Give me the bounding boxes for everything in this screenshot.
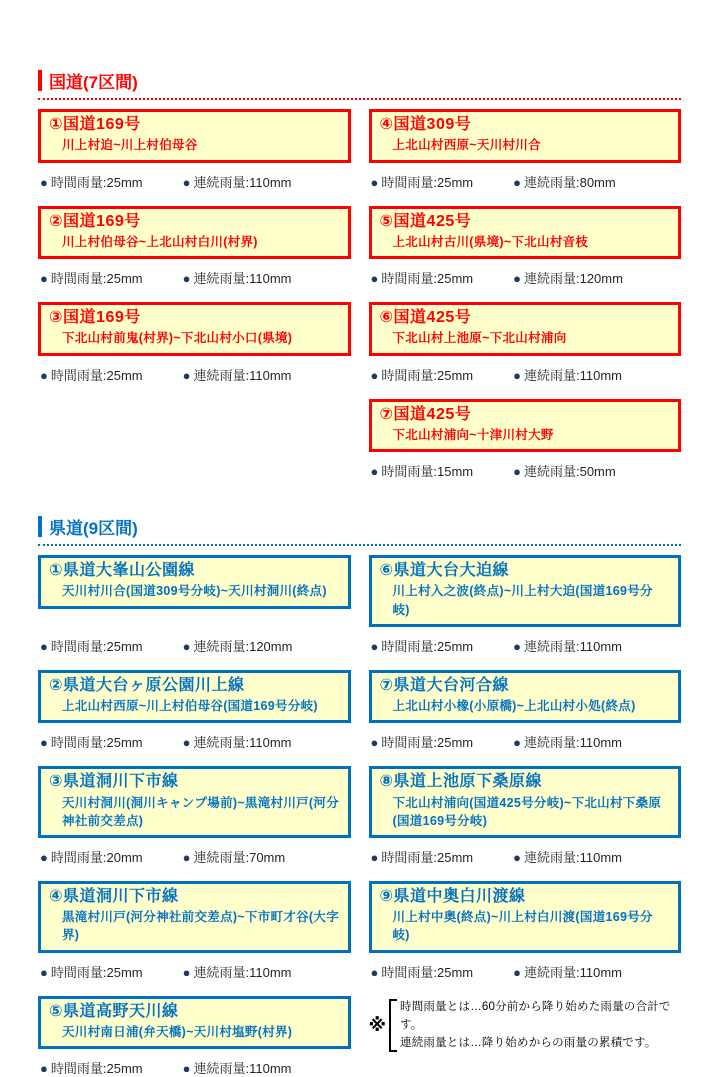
road-route: 天川村川合(国道309号分岐)~天川村洞川(終点) [49,582,340,600]
continuous-value: 110mm [580,368,622,383]
road-name: ③県道洞川下市線 [49,771,340,793]
hourly-value: 25mm [106,271,142,286]
hourly-value: 20mm [106,850,142,865]
note-text: 時間雨量とは…60分前から降り始めた雨量の合計です。連続雨量とは…降り始めからの… [400,998,681,1053]
continuous-label: 連続雨量: [524,850,580,865]
hourly-value: 15mm [437,464,473,479]
road-name: ⑤国道425号 [380,211,671,233]
road-cell: ⑥国道425号下北山村上池原~下北山村浦向●時間雨量:25mm●連続雨量:110… [369,302,682,384]
road-box: ⑦県道大台河合線上北山村小橡(小原橋)~上北山村小処(終点) [369,670,682,724]
hourly-label: 時間雨量: [51,368,107,383]
road-row: ④県道洞川下市線黒滝村川戸(河分神社前交差点)~下市町才谷(大字界)●時間雨量:… [38,881,681,981]
hourly-value: 25mm [437,368,473,383]
road-route: 下北山村前鬼(村界)~下北山村小口(県境) [49,329,340,347]
continuous-value: 120mm [580,271,623,286]
road-name: ⑥国道425号 [380,307,671,329]
hourly-label: 時間雨量: [51,965,107,980]
road-name: ⑧県道上池原下桑原線 [380,771,671,793]
bullet-icon: ● [183,175,191,190]
hourly-label: 時間雨量: [51,735,107,750]
rainfall-thresholds: ●時間雨量:25mm●連続雨量:110mm [38,259,351,287]
bullet-icon: ● [183,735,191,750]
bullet-icon: ● [513,271,521,286]
road-box: ⑨県道中奥白川渡線川上村中奥(終点)~川上村白川渡(国道169号分岐) [369,881,682,953]
continuous-rainfall: ●連続雨量:110mm [183,962,292,981]
bullet-icon: ● [183,368,191,383]
bullet-icon: ● [40,175,48,190]
rainfall-thresholds: ●時間雨量:25mm●連続雨量:120mm [369,259,682,287]
bullet-icon: ● [371,965,379,980]
bullet-icon: ● [513,368,521,383]
road-route: 川上村入之波(終点)~川上村大迫(国道169号分岐) [380,582,671,618]
bullet-icon: ● [40,639,48,654]
bullet-icon: ● [513,965,521,980]
rainfall-thresholds: ●時間雨量:25mm●連続雨量:110mm [38,356,351,384]
continuous-value: 110mm [580,639,622,654]
rainfall-thresholds: ●時間雨量:25mm●連続雨量:110mm [369,627,682,655]
road-row: ③国道169号下北山村前鬼(村界)~下北山村小口(県境)●時間雨量:25mm●連… [38,302,681,384]
road-route: 下北山村浦向(国道425号分岐)~下北山村下桑原(国道169号分岐) [380,794,671,830]
rainfall-thresholds: ●時間雨量:25mm●連続雨量:110mm [369,723,682,751]
road-name: ⑤県道高野天川線 [49,1001,340,1023]
bullet-icon: ● [371,271,379,286]
road-name: ②県道大台ヶ原公園川上線 [49,675,340,697]
road-cell: ③国道169号下北山村前鬼(村界)~下北山村小口(県境)●時間雨量:25mm●連… [38,302,351,384]
road-box: ⑧県道上池原下桑原線下北山村浦向(国道425号分岐)~下北山村下桑原(国道169… [369,766,682,838]
continuous-value: 110mm [249,1061,291,1076]
bullet-icon: ● [371,175,379,190]
hourly-rainfall: ●時間雨量:25mm [371,172,474,191]
rainfall-thresholds: ●時間雨量:25mm●連続雨量:120mm [38,627,351,655]
hourly-rainfall: ●時間雨量:25mm [371,365,474,384]
road-box: ②県道大台ヶ原公園川上線上北山村西原~川上村伯母谷(国道169号分岐) [38,670,351,724]
continuous-label: 連続雨量: [524,965,580,980]
section-header: 国道(7区間) [38,68,681,100]
continuous-value: 110mm [249,175,291,190]
road-route: 川上村伯母谷~上北山村白川(村界) [49,233,340,251]
road-row: ⑤県道高野天川線天川村南日浦(弁天橋)~天川村塩野(村界)●時間雨量:25mm●… [38,996,681,1077]
road-route: 天川村南日浦(弁天橋)~天川村塩野(村界) [49,1023,340,1041]
rainfall-thresholds: ●時間雨量:25mm●連続雨量:110mm [38,163,351,191]
continuous-value: 110mm [249,965,291,980]
continuous-label: 連続雨量: [193,271,249,286]
continuous-label: 連続雨量: [524,271,580,286]
note-bracket [389,999,397,1052]
hourly-rainfall: ●時間雨量:25mm [371,268,474,287]
continuous-value: 120mm [249,639,292,654]
road-route: 上北山村小橡(小原橋)~上北山村小処(終点) [380,697,671,715]
hourly-rainfall: ●時間雨量:25mm [40,268,143,287]
continuous-value: 70mm [249,850,285,865]
bullet-icon: ● [513,850,521,865]
rainfall-thresholds: ●時間雨量:25mm●連続雨量:110mm [369,838,682,866]
road-route: 上北山村西原~川上村伯母谷(国道169号分岐) [49,697,340,715]
continuous-label: 連続雨量: [193,175,249,190]
hourly-label: 時間雨量: [381,175,437,190]
continuous-label: 連続雨量: [524,368,580,383]
hourly-label: 時間雨量: [381,639,437,654]
continuous-value: 110mm [249,271,291,286]
continuous-value: 110mm [249,368,291,383]
continuous-rainfall: ●連続雨量:110mm [513,732,622,751]
hourly-label: 時間雨量: [51,1061,107,1076]
road-box: ⑦国道425号下北山村浦向~十津川村大野 [369,399,682,453]
section-header: 県道(9区間) [38,514,681,546]
bullet-icon: ● [40,965,48,980]
hourly-value: 25mm [437,965,473,980]
continuous-label: 連続雨量: [524,639,580,654]
hourly-label: 時間雨量: [381,735,437,750]
continuous-value: 110mm [580,735,622,750]
continuous-label: 連続雨量: [193,368,249,383]
continuous-rainfall: ●連続雨量:110mm [183,732,292,751]
hourly-label: 時間雨量: [381,271,437,286]
bullet-icon: ● [40,368,48,383]
continuous-value: 50mm [580,464,616,479]
hourly-rainfall: ●時間雨量:25mm [40,172,143,191]
continuous-value: 110mm [249,735,291,750]
road-cell: ⑧県道上池原下桑原線下北山村浦向(国道425号分岐)~下北山村下桑原(国道169… [369,766,682,866]
rainfall-thresholds: ●時間雨量:25mm●連続雨量:80mm [369,163,682,191]
section-accent-bar [38,516,42,537]
hourly-rainfall: ●時間雨量:25mm [371,847,474,866]
continuous-label: 連続雨量: [193,639,249,654]
road-box: ②国道169号川上村伯母谷~上北山村白川(村界) [38,206,351,260]
continuous-label: 連続雨量: [524,175,580,190]
road-cell: ③県道洞川下市線天川村洞川(洞川キャンプ場前)~黒滝村川戸(河分神社前交差点)●… [38,766,351,866]
road-name: ②国道169号 [49,211,340,233]
bullet-icon: ● [371,850,379,865]
hourly-rainfall: ●時間雨量:25mm [371,962,474,981]
bullet-icon: ● [40,850,48,865]
continuous-label: 連続雨量: [193,1061,249,1076]
road-row: ①県道大峯山公園線天川村川合(国道309号分岐)~天川村洞川(終点)●時間雨量:… [38,555,681,655]
hourly-rainfall: ●時間雨量:15mm [371,461,474,480]
road-box: ①県道大峯山公園線天川村川合(国道309号分岐)~天川村洞川(終点) [38,555,351,609]
hourly-value: 25mm [437,639,473,654]
hourly-value: 25mm [437,735,473,750]
continuous-label: 連続雨量: [193,965,249,980]
hourly-rainfall: ●時間雨量:25mm [40,732,143,751]
hourly-rainfall: ●時間雨量:25mm [371,732,474,751]
rainfall-thresholds: ●時間雨量:20mm●連続雨量:70mm [38,838,351,866]
continuous-rainfall: ●連続雨量:110mm [513,847,622,866]
continuous-rainfall: ●連続雨量:110mm [513,636,622,655]
road-cell: ⑤県道高野天川線天川村南日浦(弁天橋)~天川村塩野(村界)●時間雨量:25mm●… [38,996,351,1077]
bullet-icon: ● [513,464,521,479]
continuous-rainfall: ●連続雨量:70mm [183,847,286,866]
continuous-label: 連続雨量: [524,735,580,750]
hourly-value: 25mm [106,965,142,980]
continuous-rainfall: ●連続雨量:80mm [513,172,616,191]
road-box: ③国道169号下北山村前鬼(村界)~下北山村小口(県境) [38,302,351,356]
road-row: ⑦国道425号下北山村浦向~十津川村大野●時間雨量:15mm●連続雨量:50mm [38,399,681,481]
hourly-label: 時間雨量: [381,850,437,865]
hourly-value: 25mm [437,850,473,865]
road-box: ⑥県道大台大迫線川上村入之波(終点)~川上村大迫(国道169号分岐) [369,555,682,627]
road-name: ①国道169号 [49,114,340,136]
hourly-value: 25mm [106,639,142,654]
continuous-rainfall: ●連続雨量:120mm [513,268,623,287]
rainfall-thresholds: ●時間雨量:25mm●連続雨量:110mm [38,723,351,751]
note-asterisk: ※ [369,1015,387,1036]
note-line-hourly: 時間雨量とは…60分前から降り始めた雨量の合計です。 [400,998,681,1035]
section-title: 県道(9区間) [49,514,138,539]
section-national-routes: 国道(7区間)①国道169号川上村迫~川上村伯母谷●時間雨量:25mm●連続雨量… [38,68,681,480]
road-route: 川上村中奥(終点)~川上村白川渡(国道169号分岐) [380,908,671,944]
road-row: ②県道大台ヶ原公園川上線上北山村西原~川上村伯母谷(国道169号分岐)●時間雨量… [38,670,681,752]
continuous-label: 連続雨量: [193,735,249,750]
continuous-rainfall: ●連続雨量:50mm [513,461,616,480]
road-box: ④国道309号上北山村西原~天川村川合 [369,109,682,163]
road-row: ③県道洞川下市線天川村洞川(洞川キャンプ場前)~黒滝村川戸(河分神社前交差点)●… [38,766,681,866]
road-cell: ④国道309号上北山村西原~天川村川合●時間雨量:25mm●連続雨量:80mm [369,109,682,191]
bullet-icon: ● [183,965,191,980]
road-cell: ⑤国道425号上北山村古川(県境)~下北山村音枝●時間雨量:25mm●連続雨量:… [369,206,682,288]
road-route: 川上村迫~川上村伯母谷 [49,136,340,154]
road-route: 天川村洞川(洞川キャンプ場前)~黒滝村川戸(河分神社前交差点) [49,794,340,830]
road-name: ⑦県道大台河合線 [380,675,671,697]
road-route: 下北山村上池原~下北山村浦向 [380,329,671,347]
hourly-value: 25mm [437,175,473,190]
hourly-value: 25mm [106,735,142,750]
bullet-icon: ● [183,639,191,654]
road-box: ①国道169号川上村迫~川上村伯母谷 [38,109,351,163]
section-accent-bar [38,70,42,91]
bullet-icon: ● [371,368,379,383]
continuous-value: 110mm [580,965,622,980]
road-cell: ②県道大台ヶ原公園川上線上北山村西原~川上村伯母谷(国道169号分岐)●時間雨量… [38,670,351,752]
continuous-rainfall: ●連続雨量:110mm [513,365,622,384]
section-title: 国道(7区間) [49,68,138,93]
bullet-icon: ● [513,175,521,190]
hourly-rainfall: ●時間雨量:20mm [40,847,143,866]
empty-cell [38,399,351,481]
road-cell: ②国道169号川上村伯母谷~上北山村白川(村界)●時間雨量:25mm●連続雨量:… [38,206,351,288]
continuous-value: 110mm [580,850,622,865]
rainfall-thresholds: ●時間雨量:25mm●連続雨量:110mm [38,953,351,981]
road-route: 上北山村西原~天川村川合 [380,136,671,154]
hourly-rainfall: ●時間雨量:25mm [40,1058,143,1077]
road-name: ④国道309号 [380,114,671,136]
road-box: ⑥国道425号下北山村上池原~下北山村浦向 [369,302,682,356]
continuous-label: 連続雨量: [524,464,580,479]
bullet-icon: ● [513,735,521,750]
hourly-label: 時間雨量: [381,965,437,980]
hourly-rainfall: ●時間雨量:25mm [371,636,474,655]
hourly-label: 時間雨量: [51,639,107,654]
road-route: 上北山村古川(県境)~下北山村音枝 [380,233,671,251]
continuous-value: 80mm [580,175,616,190]
continuous-rainfall: ●連続雨量:110mm [513,962,622,981]
road-cell: ⑨県道中奥白川渡線川上村中奥(終点)~川上村白川渡(国道169号分岐)●時間雨量… [369,881,682,981]
continuous-rainfall: ●連続雨量:110mm [183,268,292,287]
road-name: ③国道169号 [49,307,340,329]
road-box: ⑤国道425号上北山村古川(県境)~下北山村音枝 [369,206,682,260]
rainfall-thresholds: ●時間雨量:25mm●連続雨量:110mm [369,356,682,384]
continuous-rainfall: ●連続雨量:120mm [183,636,293,655]
road-box: ⑤県道高野天川線天川村南日浦(弁天橋)~天川村塩野(村界) [38,996,351,1050]
bullet-icon: ● [371,735,379,750]
road-box: ④県道洞川下市線黒滝村川戸(河分神社前交差点)~下市町才谷(大字界) [38,881,351,953]
road-cell: ④県道洞川下市線黒滝村川戸(河分神社前交差点)~下市町才谷(大字界)●時間雨量:… [38,881,351,981]
rainfall-thresholds: ●時間雨量:15mm●連続雨量:50mm [369,452,682,480]
bullet-icon: ● [40,271,48,286]
hourly-rainfall: ●時間雨量:25mm [40,365,143,384]
hourly-value: 25mm [106,175,142,190]
definition-note: ※時間雨量とは…60分前から降り始めた雨量の合計です。連続雨量とは…降り始めから… [369,998,682,1053]
bullet-icon: ● [40,735,48,750]
hourly-rainfall: ●時間雨量:25mm [40,636,143,655]
note-cell: ※時間雨量とは…60分前から降り始めた雨量の合計です。連続雨量とは…降り始めから… [369,996,682,1077]
road-cell: ⑦県道大台河合線上北山村小橡(小原橋)~上北山村小処(終点)●時間雨量:25mm… [369,670,682,752]
section-prefectural-routes: 県道(9区間)①県道大峯山公園線天川村川合(国道309号分岐)~天川村洞川(終点… [38,514,681,1077]
road-row: ①国道169号川上村迫~川上村伯母谷●時間雨量:25mm●連続雨量:110mm④… [38,109,681,191]
bullet-icon: ● [183,271,191,286]
road-route: 下北山村浦向~十津川村大野 [380,426,671,444]
road-cell: ①国道169号川上村迫~川上村伯母谷●時間雨量:25mm●連続雨量:110mm [38,109,351,191]
road-row: ②国道169号川上村伯母谷~上北山村白川(村界)●時間雨量:25mm●連続雨量:… [38,206,681,288]
bullet-icon: ● [371,639,379,654]
continuous-rainfall: ●連続雨量:110mm [183,365,292,384]
road-name: ⑨県道中奥白川渡線 [380,886,671,908]
rainfall-thresholds: ●時間雨量:25mm●連続雨量:110mm [369,953,682,981]
hourly-value: 25mm [106,1061,142,1076]
road-cell: ⑦国道425号下北山村浦向~十津川村大野●時間雨量:15mm●連続雨量:50mm [369,399,682,481]
hourly-value: 25mm [106,368,142,383]
hourly-label: 時間雨量: [381,464,437,479]
continuous-rainfall: ●連続雨量:110mm [183,172,292,191]
road-box: ③県道洞川下市線天川村洞川(洞川キャンプ場前)~黒滝村川戸(河分神社前交差点) [38,766,351,838]
road-route: 黒滝村川戸(河分神社前交差点)~下市町才谷(大字界) [49,908,340,944]
hourly-label: 時間雨量: [51,850,107,865]
note-line-continuous: 連続雨量とは…降り始めからの雨量の累積です。 [400,1034,681,1052]
hourly-label: 時間雨量: [51,271,107,286]
content: 国道(7区間)①国道169号川上村迫~川上村伯母谷●時間雨量:25mm●連続雨量… [0,0,705,1077]
road-name: ⑦国道425号 [380,404,671,426]
bullet-icon: ● [371,464,379,479]
bullet-icon: ● [183,1061,191,1076]
bullet-icon: ● [40,1061,48,1076]
road-name: ⑥県道大台大迫線 [380,560,671,582]
road-name: ④県道洞川下市線 [49,886,340,908]
bullet-icon: ● [513,639,521,654]
continuous-label: 連続雨量: [193,850,249,865]
road-cell: ⑥県道大台大迫線川上村入之波(終点)~川上村大迫(国道169号分岐)●時間雨量:… [369,555,682,655]
bullet-icon: ● [183,850,191,865]
continuous-rainfall: ●連続雨量:110mm [183,1058,292,1077]
hourly-rainfall: ●時間雨量:25mm [40,962,143,981]
hourly-value: 25mm [437,271,473,286]
road-name: ①県道大峯山公園線 [49,560,340,582]
hourly-label: 時間雨量: [381,368,437,383]
road-cell: ①県道大峯山公園線天川村川合(国道309号分岐)~天川村洞川(終点)●時間雨量:… [38,555,351,655]
hourly-label: 時間雨量: [51,175,107,190]
